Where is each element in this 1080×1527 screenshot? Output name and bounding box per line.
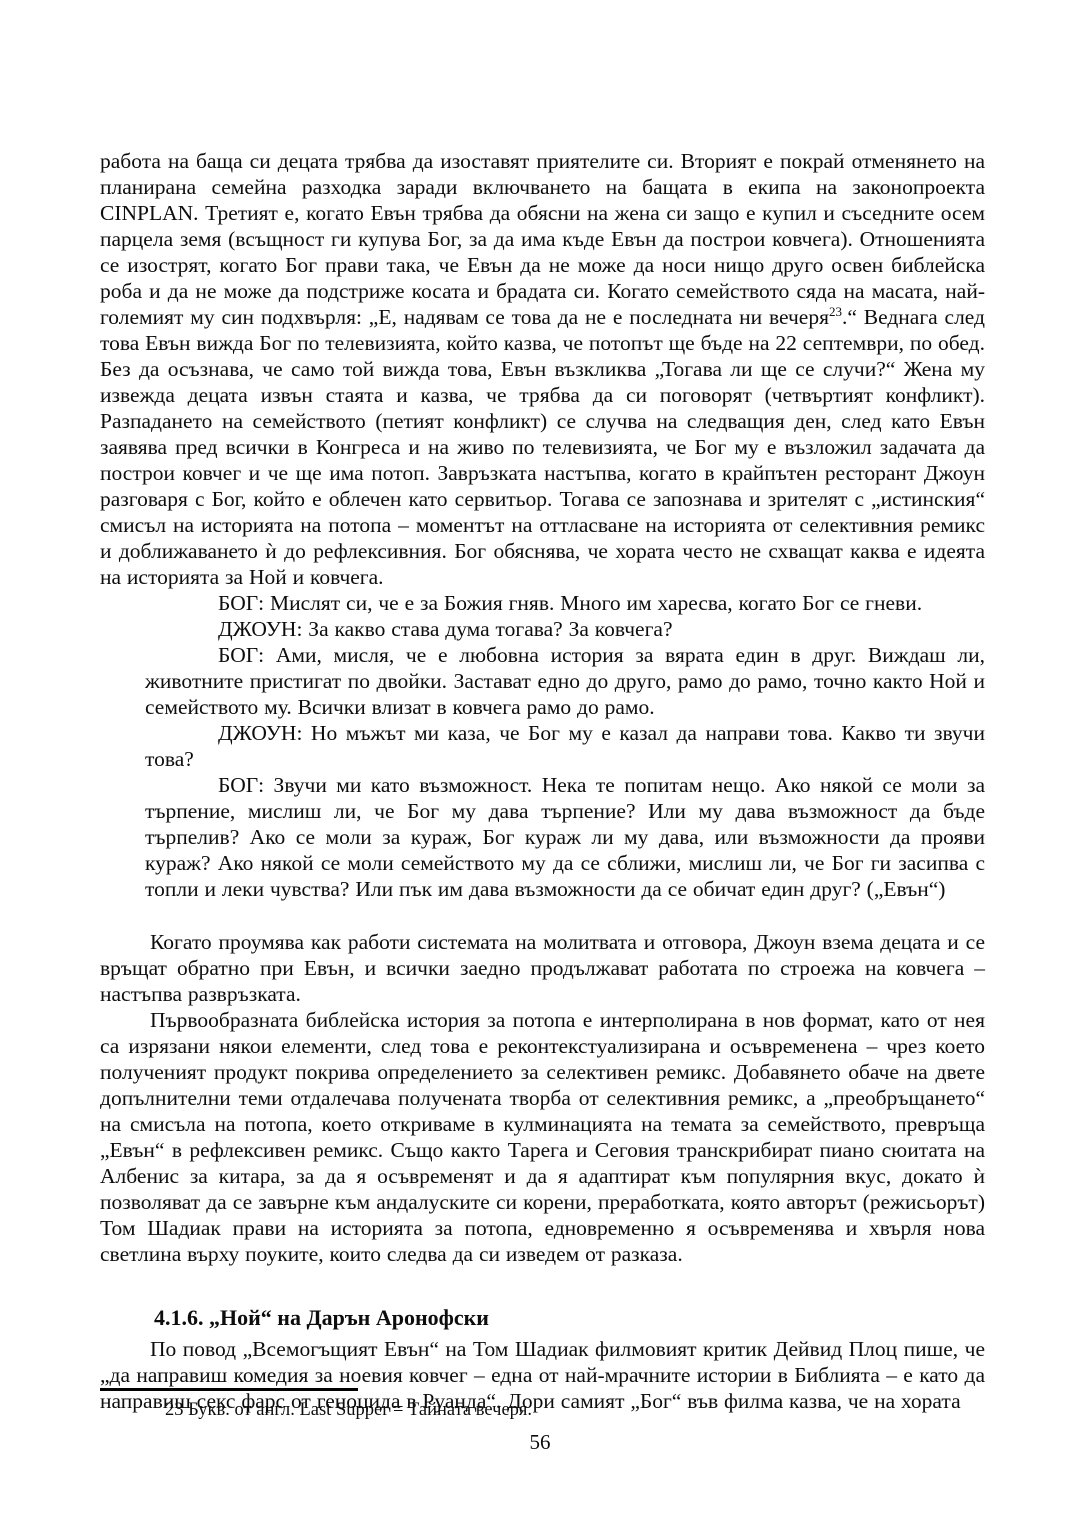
dialog-line-joan-1: ДЖОУН: За какво става дума тогава? За ко…	[145, 616, 985, 642]
paragraph-remix-analysis: Първообразната библейска история за пото…	[100, 1007, 985, 1267]
dialog-line-god-1: БОГ: Мислят си, че е за Божия гняв. Мног…	[145, 590, 985, 616]
body-text: работа на баща си децата трябва да изост…	[100, 148, 985, 1414]
page-number: 56	[0, 1430, 1080, 1455]
paragraph-resolution: Когато проумява как работи системата на …	[100, 929, 985, 1007]
paragraph-intro: работа на баща си децата трябва да изост…	[100, 148, 985, 590]
section-heading: 4.1.6. „Ной“ на Дарън Аронофски	[100, 1305, 985, 1331]
dialog-line-god-2: БОГ: Ами, мисля, че е любовна история за…	[145, 642, 985, 720]
dialog-block: БОГ: Мислят си, че е за Божия гняв. Мног…	[145, 590, 985, 902]
document-page: работа на баща си децата трябва да изост…	[0, 0, 1080, 1527]
footnote: 23 Букв. от англ. Last Supper = Тайната …	[100, 1399, 985, 1421]
paragraph-intro-continuation: .“ Веднага след това Евън вижда Бог по т…	[100, 305, 985, 589]
footnote-area: 23 Букв. от англ. Last Supper = Тайната …	[100, 1388, 985, 1421]
footnote-ref: 23	[829, 304, 842, 319]
dialog-line-joan-2: ДЖОУН: Но мъжът ми каза, че Бог му е каз…	[145, 720, 985, 772]
footnote-separator	[100, 1388, 358, 1391]
paragraph-intro-text: работа на баща си децата трябва да изост…	[100, 149, 985, 329]
dialog-line-god-3: БОГ: Звучи ми като възможност. Нека те п…	[145, 772, 985, 902]
